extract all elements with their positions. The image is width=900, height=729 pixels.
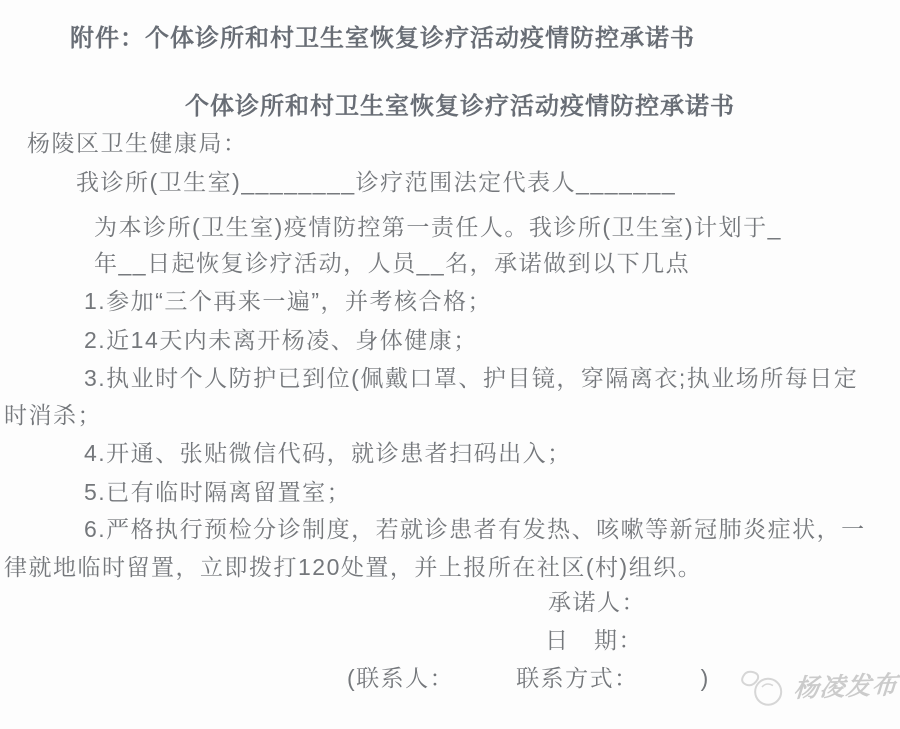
watermark: 杨凌发布 [737, 660, 899, 712]
commitment-item-6-line-1: 6.严格执行预检分诊制度，若就诊患者有发热、咳嗽等新冠肺炎症状，一 [84, 517, 866, 542]
yangling-release-logo-icon [737, 664, 791, 712]
commitment-item-3-line-2: 时消杀； [4, 403, 102, 428]
commitment-item-2: 2.近14天内未离开杨凌、身体健康； [84, 328, 478, 353]
commitment-item-3-line-1: 3.执业时个人防护已到位(佩戴口罩、护目镜，穿隔离衣;执业场所每日定 [84, 366, 858, 391]
document-title: 个体诊所和村卫生室恢复诊疗活动疫情防控承诺书 [185, 94, 735, 120]
intro-line-2: 为本诊所(卫生室)疫情防控第一责任人。我诊所(卫生室)计划于_ [94, 215, 782, 240]
promiser-label: 承诺人： [548, 590, 646, 615]
commitment-item-6-line-2: 律就地临时留置，立即拨打120处置，并上报所在社区(村)组织。 [4, 555, 702, 580]
commitment-letter-document: 附件：个体诊所和村卫生室恢复诊疗活动疫情防控承诺书 个体诊所和村卫生室恢复诊疗活… [0, 0, 900, 729]
intro-line-1: 我诊所(卫生室)________诊疗范围法定代表人_______ [76, 170, 676, 195]
watermark-text: 杨凌发布 [793, 665, 899, 705]
commitment-item-5: 5.已有临时隔离留置室； [84, 480, 351, 505]
salutation: 杨陵区卫生健康局： [27, 131, 248, 156]
attachment-heading: 附件：个体诊所和村卫生室恢复诊疗活动疫情防控承诺书 [70, 26, 695, 52]
intro-line-3: 年__日起恢复诊疗活动，人员__名，承诺做到以下几点 [94, 251, 690, 276]
commitment-item-4: 4.开通、张贴微信代码，就诊患者扫码出入； [84, 441, 572, 466]
contact-line: (联系人： 联系方式： ) [347, 666, 710, 691]
commitment-item-1: 1.参加“三个再来一遍”，并考核合格； [84, 289, 492, 314]
date-label: 日 期： [545, 628, 643, 653]
